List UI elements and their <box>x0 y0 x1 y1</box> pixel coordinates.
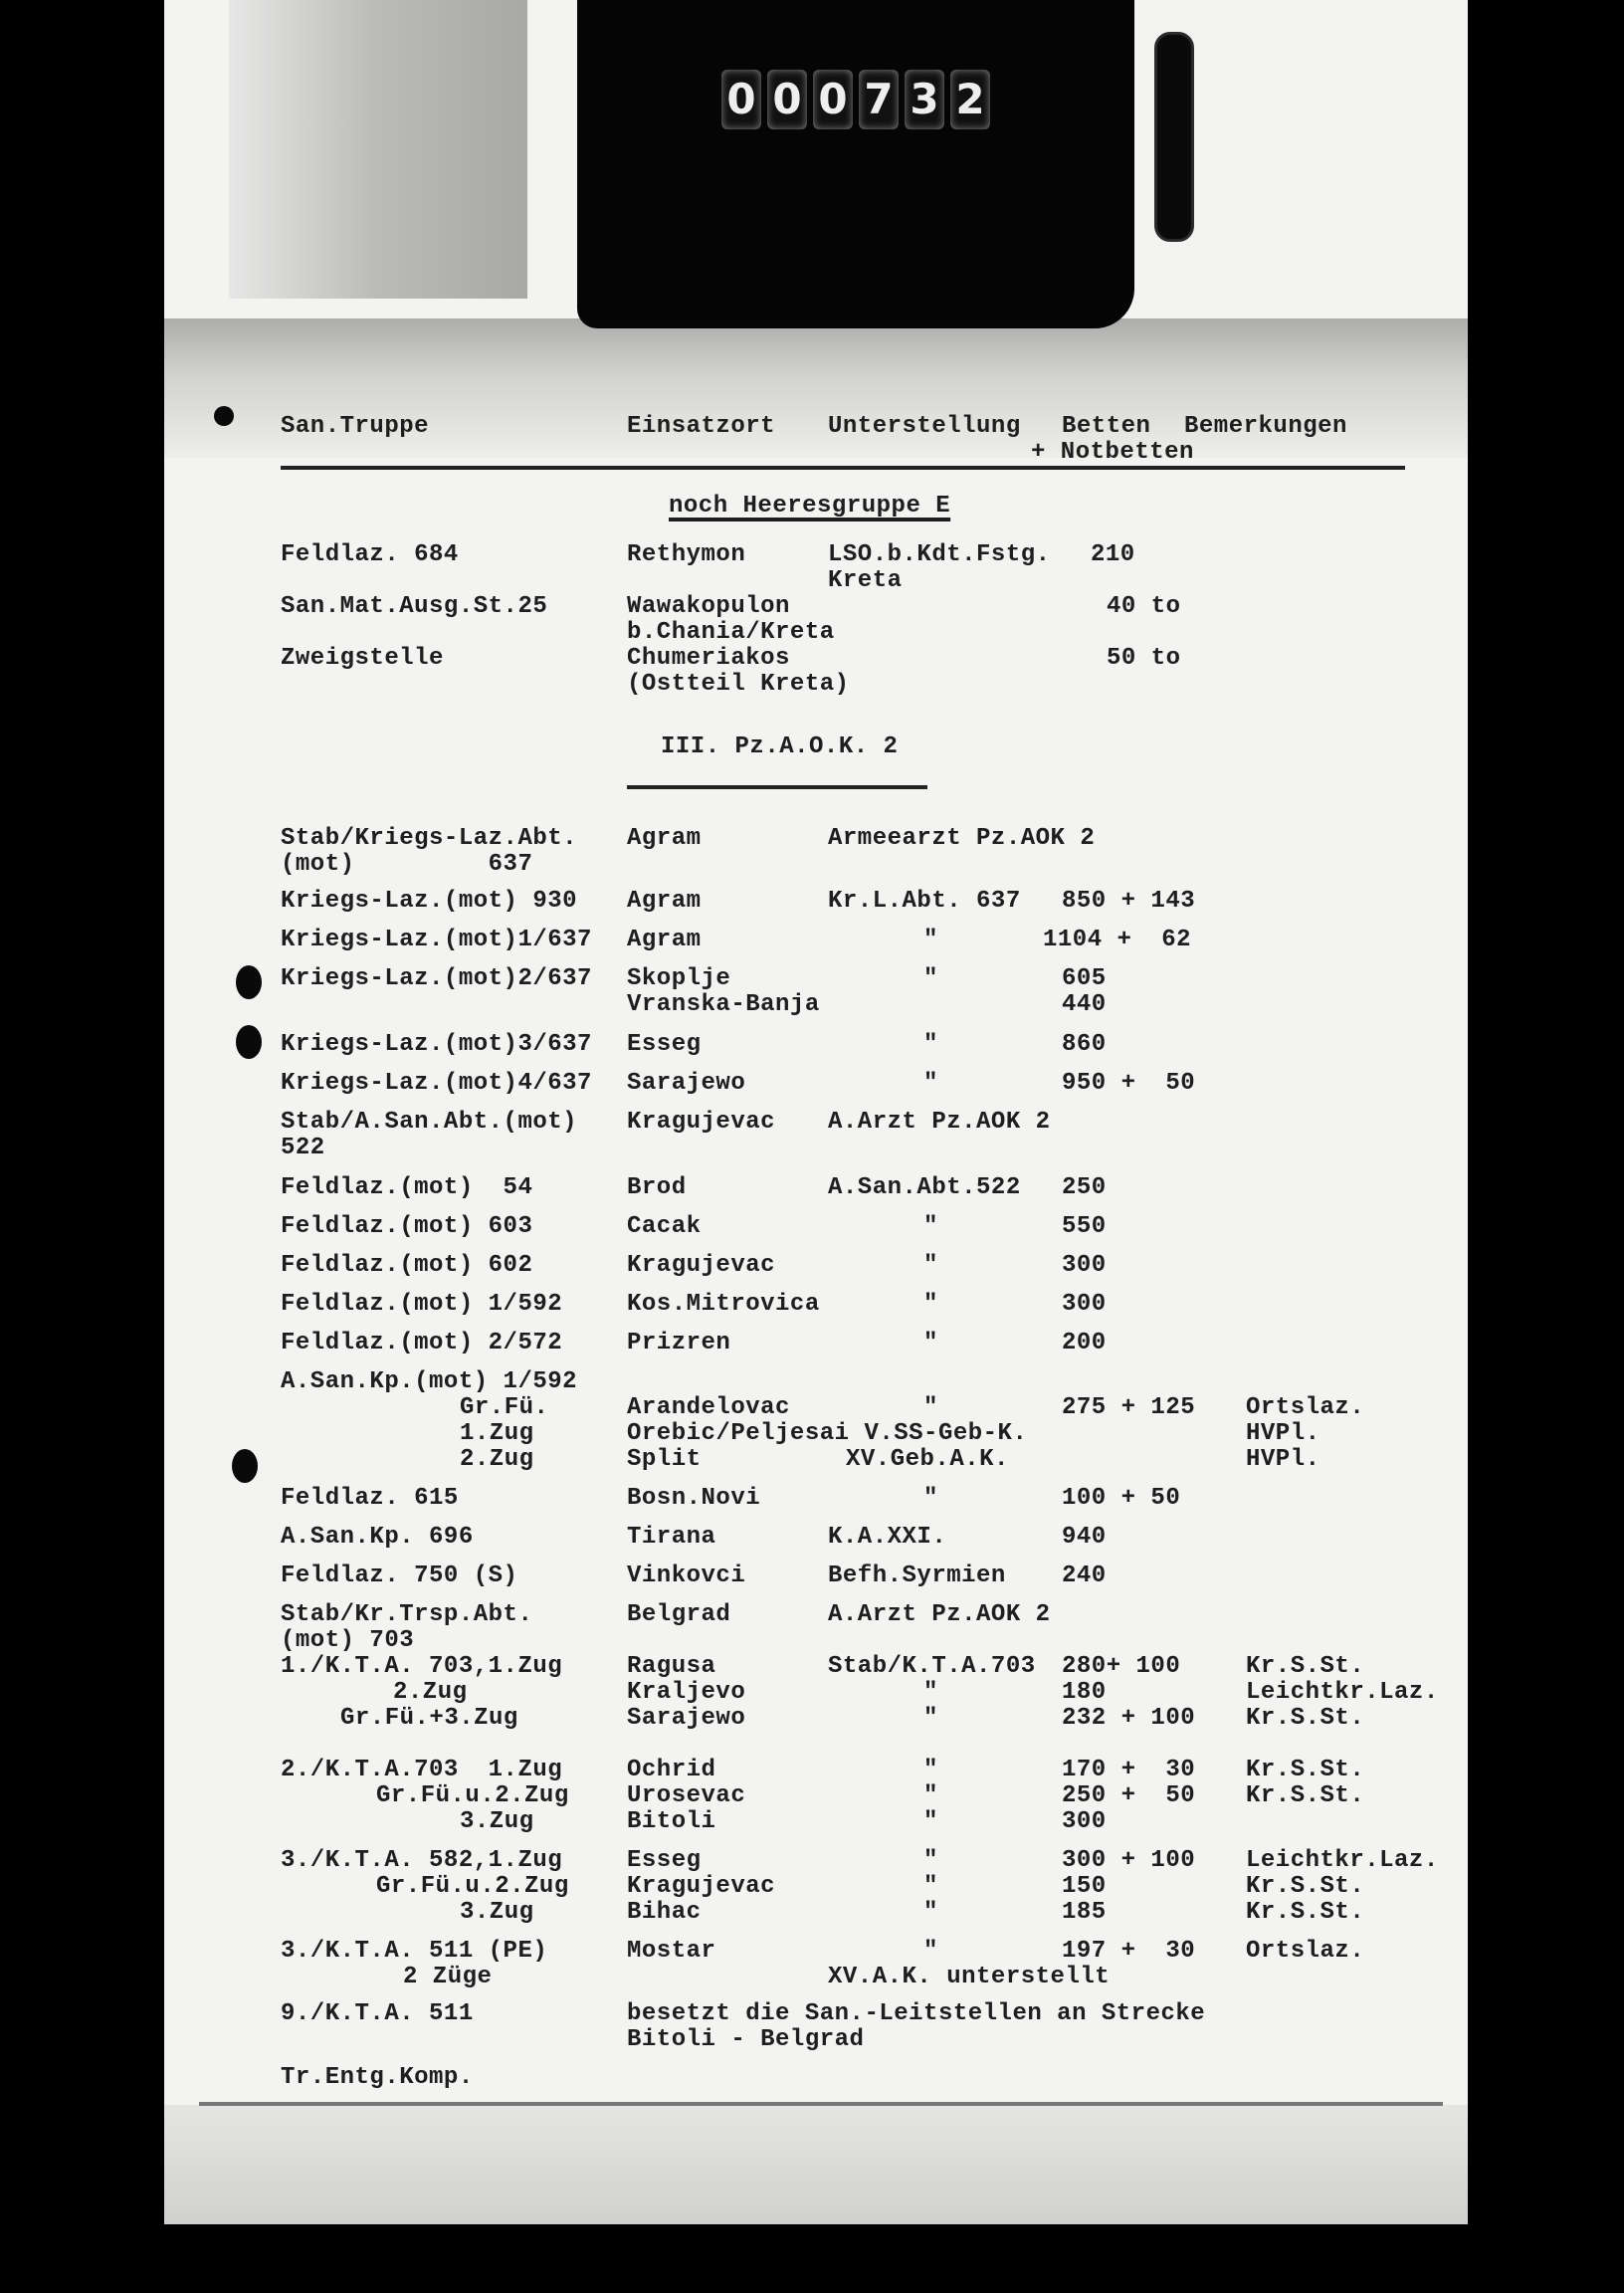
cell-ort: (Ostteil Kreta) <box>627 672 850 698</box>
cell-truppe: Zweigstelle <box>281 646 444 672</box>
cell-ort: Bihac <box>627 1900 702 1926</box>
cell-unterstellung: Befh.Syrmien <box>828 1563 1006 1589</box>
cell-ort: Sarajewo <box>627 1706 745 1732</box>
cell-betten: 300 + 100 <box>1062 1848 1195 1874</box>
cell-betten: 200 <box>1062 1331 1107 1356</box>
cell-ort: Cacak <box>627 1214 702 1240</box>
cell-truppe: Feldlaz.(mot) 602 <box>281 1253 532 1279</box>
cell-truppe: Kriegs-Laz.(mot)4/637 <box>281 1071 592 1097</box>
cell-betten: 950 + 50 <box>1062 1071 1195 1097</box>
cell-unterstellung: " <box>923 1214 938 1240</box>
cell-unterstellung: " <box>923 1783 938 1809</box>
cell-betten: 185 <box>1062 1900 1107 1926</box>
cell-truppe: Kriegs-Laz.(mot)1/637 <box>281 928 592 953</box>
cell-truppe: A.San.Kp. 696 <box>281 1525 474 1551</box>
cell-betten: 1104 + 62 <box>1043 928 1191 953</box>
cell-truppe: 2.Zug <box>393 1680 468 1706</box>
col-header-betten: Betten <box>1062 414 1150 440</box>
cell-ort: Orebic/Peljesai V.SS-Geb-K. <box>627 1421 1027 1447</box>
cell-ort: Kragujevac <box>627 1110 775 1136</box>
cell-ort: Esseg <box>627 1032 702 1058</box>
cell-ort: besetzt die San.-Leitstellen an Strecke <box>627 2001 1205 2027</box>
cell-truppe: (mot) 703 <box>281 1628 414 1654</box>
col-header-bemerkungen: Bemerkungen <box>1184 414 1347 440</box>
cell-truppe: 2./K.T.A.703 1.Zug <box>281 1758 562 1783</box>
cell-truppe: Gr.Fü. <box>460 1395 548 1421</box>
cell-bemerkungen: Kr.S.St. <box>1246 1783 1364 1809</box>
cell-ort: Kraljevo <box>627 1680 745 1706</box>
cell-ort: Brod <box>627 1175 687 1201</box>
cell-bemerkungen: Leichtkr.Laz. <box>1246 1680 1439 1706</box>
cell-unterstellung: " <box>923 1253 938 1279</box>
cell-bemerkungen: Leichtkr.Laz. <box>1246 1848 1439 1874</box>
cell-truppe: San.Mat.Ausg.St.25 <box>281 594 547 620</box>
cell-bemerkungen: Kr.S.St. <box>1246 1900 1364 1926</box>
section-title-pz-aok-2: III. Pz.A.O.K. 2 <box>661 734 898 760</box>
cell-betten: 850 + 143 <box>1062 889 1195 915</box>
cell-truppe: Stab/Kr.Trsp.Abt. <box>281 1602 532 1628</box>
cell-ort: Esseg <box>627 1848 702 1874</box>
cell-betten: 300 <box>1062 1292 1107 1318</box>
cell-truppe: Feldlaz.(mot) 603 <box>281 1214 532 1240</box>
cell-unterstellung: " <box>923 1331 938 1356</box>
cell-unterstellung: " <box>923 1874 938 1900</box>
cell-betten: 232 + 100 <box>1062 1706 1195 1732</box>
cell-bemerkungen: Ortslaz. <box>1246 1939 1364 1965</box>
cell-unterstellung: Armeearzt Pz.AOK 2 <box>828 826 1095 852</box>
cell-ort: b.Chania/Kreta <box>627 620 835 646</box>
cell-ort: Skoplje <box>627 966 730 992</box>
cell-betten: 250 <box>1062 1175 1107 1201</box>
cell-ort: Sarajewo <box>627 1071 745 1097</box>
cell-betten: 50 to <box>1107 646 1181 672</box>
cell-betten: 280+ 100 <box>1062 1654 1180 1680</box>
cell-ort: Split <box>627 1447 702 1473</box>
cell-unterstellung: LSO.b.Kdt.Fstg. <box>828 542 1051 568</box>
cell-betten: 40 to <box>1107 594 1181 620</box>
cell-ort: Belgrad <box>627 1602 730 1628</box>
cell-truppe: Feldlaz. 684 <box>281 542 459 568</box>
cell-ort: Vranska-Banja <box>627 992 820 1018</box>
cell-ort: Bitoli <box>627 1809 715 1835</box>
cell-truppe: Feldlaz.(mot) 1/592 <box>281 1292 562 1318</box>
cell-ort: Agram <box>627 928 702 953</box>
cell-ort: Rethymon <box>627 542 745 568</box>
cell-bemerkungen: HVPl. <box>1246 1421 1320 1447</box>
cell-betten: 180 <box>1062 1680 1107 1706</box>
cell-unterstellung: " <box>923 1292 938 1318</box>
cell-truppe: 9./K.T.A. 511 <box>281 2001 474 2027</box>
cell-betten: 605 <box>1062 966 1107 992</box>
cell-ort: Kragujevac <box>627 1874 775 1900</box>
cell-betten: 170 + 30 <box>1062 1758 1195 1783</box>
cell-unterstellung: " <box>923 1680 938 1706</box>
cell-ort: Arandelovac <box>627 1395 790 1421</box>
cell-betten: 300 <box>1062 1253 1107 1279</box>
cell-unterstellung: " <box>923 966 938 992</box>
cell-truppe: Gr.Fü.+3.Zug <box>340 1706 518 1732</box>
cell-truppe: 1.Zug <box>460 1421 534 1447</box>
cell-unterstellung: " <box>923 1758 938 1783</box>
cell-bemerkungen: Kr.S.St. <box>1246 1654 1364 1680</box>
cell-unterstellung: " <box>923 1395 938 1421</box>
cell-ort: Vinkovci <box>627 1563 745 1589</box>
cell-betten: 300 <box>1062 1809 1107 1835</box>
cell-unterstellung: " <box>923 1900 938 1926</box>
cell-truppe: 3./K.T.A. 511 (PE) <box>281 1939 547 1965</box>
cell-truppe: Kriegs-Laz.(mot)3/637 <box>281 1032 592 1058</box>
cell-unterstellung: " <box>923 1939 938 1965</box>
cell-betten: 440 <box>1062 992 1107 1018</box>
cell-ort: Mostar <box>627 1939 715 1965</box>
cell-unterstellung: " <box>923 928 938 953</box>
col-header-unterstellung: Unterstellung <box>828 414 1021 440</box>
col-header-einsatzort: Einsatzort <box>627 414 775 440</box>
cell-unterstellung: Kr.L.Abt. 637 <box>828 889 1021 915</box>
cell-truppe: Stab/A.San.Abt.(mot) <box>281 1110 577 1136</box>
cell-ort: Wawakopulon <box>627 594 790 620</box>
section-rule <box>627 785 927 789</box>
cell-ort: Tirana <box>627 1525 715 1551</box>
cell-betten: 150 <box>1062 1874 1107 1900</box>
cell-truppe: Tr.Entg.Komp. <box>281 2065 474 2091</box>
cell-truppe: (mot) 637 <box>281 852 532 878</box>
cell-ort: Kragujevac <box>627 1253 775 1279</box>
cell-ort: Chumeriakos <box>627 646 790 672</box>
cell-truppe: Feldlaz. 615 <box>281 1486 459 1512</box>
cell-betten: 100 + 50 <box>1062 1486 1180 1512</box>
cell-ort: Agram <box>627 889 702 915</box>
cell-ort: Agram <box>627 826 702 852</box>
cell-truppe: 522 <box>281 1136 325 1161</box>
cell-unterstellung: XV.Geb.A.K. <box>846 1447 1009 1473</box>
header-rule <box>281 466 1405 470</box>
cell-ort: Ragusa <box>627 1654 715 1680</box>
cell-truppe: A.San.Kp.(mot) 1/592 <box>281 1369 577 1395</box>
cell-unterstellung: A.Arzt Pz.AOK 2 <box>828 1110 1051 1136</box>
cell-unterstellung: " <box>923 1848 938 1874</box>
cell-unterstellung: " <box>923 1032 938 1058</box>
cell-bemerkungen: HVPl. <box>1246 1447 1320 1473</box>
document-table: San.Truppe Einsatzort Unterstellung Bett… <box>0 0 1624 2293</box>
cell-truppe: Kriegs-Laz.(mot) 930 <box>281 889 577 915</box>
cell-truppe: 3./K.T.A. 582,1.Zug <box>281 1848 562 1874</box>
cell-unterstellung: Stab/K.T.A.703 <box>828 1654 1036 1680</box>
cell-truppe: Gr.Fü.u.2.Zug <box>376 1783 569 1809</box>
cell-betten: 275 + 125 <box>1062 1395 1195 1421</box>
cell-truppe: Stab/Kriegs-Laz.Abt. <box>281 826 577 852</box>
cell-unterstellung: " <box>923 1071 938 1097</box>
cell-ort: Kos.Mitrovica <box>627 1292 820 1318</box>
cell-bemerkungen: Kr.S.St. <box>1246 1874 1364 1900</box>
cell-truppe: 2 Züge <box>403 1965 492 1990</box>
cell-betten: 240 <box>1062 1563 1107 1589</box>
cell-ort: Bosn.Novi <box>627 1486 760 1512</box>
cell-truppe: Feldlaz.(mot) 54 <box>281 1175 532 1201</box>
cell-unterstellung: Kreta <box>828 568 903 594</box>
col-header-notbetten: + Notbetten <box>1031 440 1194 466</box>
cell-truppe: 1./K.T.A. 703,1.Zug <box>281 1654 562 1680</box>
cell-unterstellung-note: XV.A.K. unterstellt <box>828 1965 1110 1990</box>
cell-unterstellung: A.Arzt Pz.AOK 2 <box>828 1602 1051 1628</box>
cell-ort: Urosevac <box>627 1783 745 1809</box>
cell-betten: 250 + 50 <box>1062 1783 1195 1809</box>
col-header-truppe: San.Truppe <box>281 414 429 440</box>
cell-betten: 940 <box>1062 1525 1107 1551</box>
cell-betten: 197 + 30 <box>1062 1939 1195 1965</box>
cell-truppe: Feldlaz. 750 (S) <box>281 1563 517 1589</box>
cell-betten: 550 <box>1062 1214 1107 1240</box>
cell-truppe: Gr.Fü.u.2.Zug <box>376 1874 569 1900</box>
cell-unterstellung: " <box>923 1486 938 1512</box>
cell-ort: Ochrid <box>627 1758 715 1783</box>
cell-unterstellung: K.A.XXI. <box>828 1525 946 1551</box>
cell-unterstellung: A.San.Abt.522 <box>828 1175 1021 1201</box>
cell-truppe: Feldlaz.(mot) 2/572 <box>281 1331 562 1356</box>
cell-bemerkungen: Kr.S.St. <box>1246 1706 1364 1732</box>
cell-ort: Bitoli - Belgrad <box>627 2027 864 2053</box>
cell-betten: 860 <box>1062 1032 1107 1058</box>
cell-ort: Prizren <box>627 1331 730 1356</box>
cell-unterstellung: " <box>923 1706 938 1732</box>
cell-bemerkungen: Ortslaz. <box>1246 1395 1364 1421</box>
cell-truppe: Kriegs-Laz.(mot)2/637 <box>281 966 592 992</box>
section-title-heeresgruppe-e: noch Heeresgruppe E <box>669 494 950 520</box>
cell-bemerkungen: Kr.S.St. <box>1246 1758 1364 1783</box>
cell-truppe: 2.Zug <box>460 1447 534 1473</box>
cell-unterstellung: " <box>923 1809 938 1835</box>
cell-betten: 210 <box>1091 542 1135 568</box>
cell-truppe: 3.Zug <box>460 1809 534 1835</box>
cell-truppe: 3.Zug <box>460 1900 534 1926</box>
